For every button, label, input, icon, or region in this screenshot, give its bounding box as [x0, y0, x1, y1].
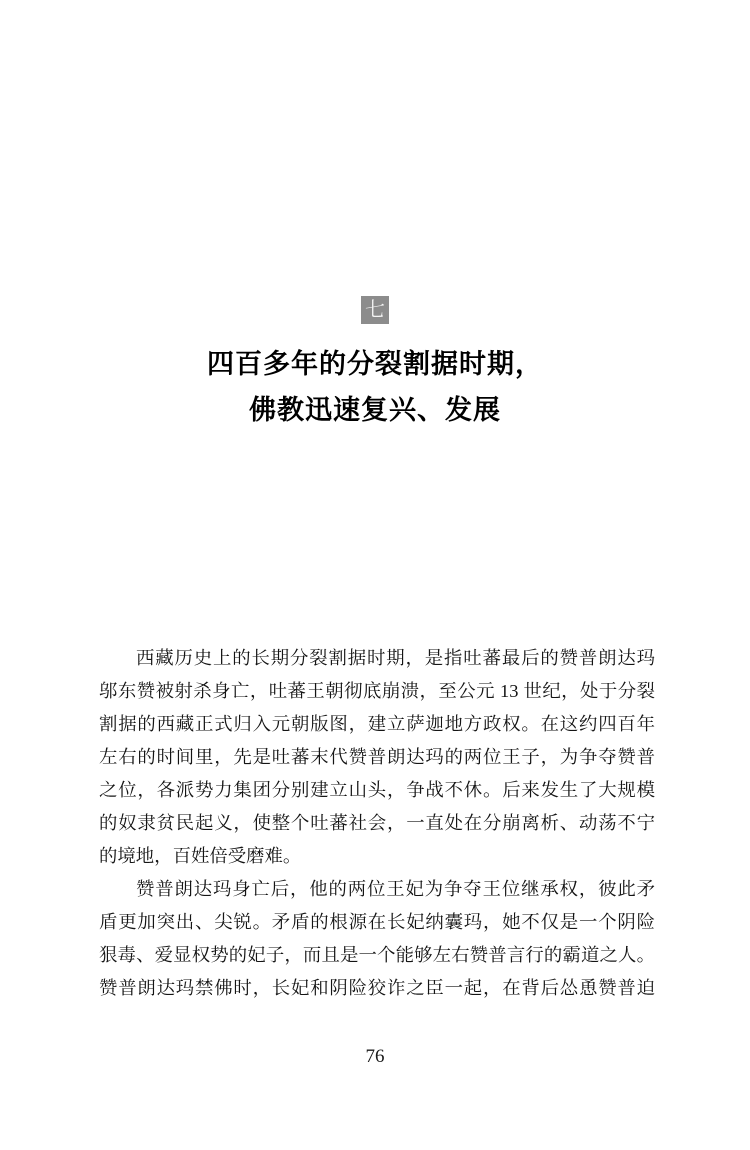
body-line: 之位，各派势力集团分别建立山头，争战不休。后来发生了大规模 — [99, 774, 655, 807]
book-page: 七 四百多年的分裂割据时期， 佛教迅速复兴、发展 西藏历史上的长期分裂割据时期，… — [0, 0, 750, 1150]
chapter-title-line-1: 四百多年的分裂割据时期， — [0, 341, 750, 387]
body-line: 割据的西藏正式归入元朝版图，建立萨迦地方政权。在这约四百年 — [99, 708, 655, 741]
page-number: 76 — [0, 1046, 750, 1068]
chapter-number-label: 七 — [365, 299, 385, 321]
chapter-title-line-2: 佛教迅速复兴、发展 — [0, 387, 750, 433]
body-line: 西藏历史上的长期分裂割据时期，是指吐蕃最后的赞普朗达玛 — [99, 642, 655, 675]
paragraph: 西藏历史上的长期分裂割据时期，是指吐蕃最后的赞普朗达玛 邬东赞被射杀身亡，吐蕃王… — [99, 642, 655, 873]
body-text: 西藏历史上的长期分裂割据时期，是指吐蕃最后的赞普朗达玛 邬东赞被射杀身亡，吐蕃王… — [99, 642, 655, 1005]
body-line: 左右的时间里，先是吐蕃末代赞普朗达玛的两位王子，为争夺赞普 — [99, 741, 655, 774]
body-line: 赞普朗达玛禁佛时，长妃和阴险狡诈之臣一起，在背后怂恿赞普迫 — [99, 972, 655, 1005]
body-line: 的境地，百姓倍受磨难。 — [99, 840, 655, 873]
chapter-number-badge: 七 — [361, 296, 389, 324]
chapter-title: 四百多年的分裂割据时期， 佛教迅速复兴、发展 — [0, 341, 750, 433]
paragraph: 赞普朗达玛身亡后，他的两位王妃为争夺王位继承权，彼此矛 盾更加突出、尖锐。矛盾的… — [99, 873, 655, 1005]
body-line: 的奴隶贫民起义，使整个吐蕃社会，一直处在分崩离析、动荡不宁 — [99, 807, 655, 840]
body-line: 赞普朗达玛身亡后，他的两位王妃为争夺王位继承权，彼此矛 — [99, 873, 655, 906]
body-line: 盾更加突出、尖锐。矛盾的根源在长妃纳囊玛，她不仅是一个阴险 — [99, 906, 655, 939]
body-line: 狠毒、爱显权势的妃子，而且是一个能够左右赞普言行的霸道之人。 — [99, 939, 655, 972]
body-line: 邬东赞被射杀身亡，吐蕃王朝彻底崩溃，至公元 13 世纪，处于分裂 — [99, 675, 655, 708]
